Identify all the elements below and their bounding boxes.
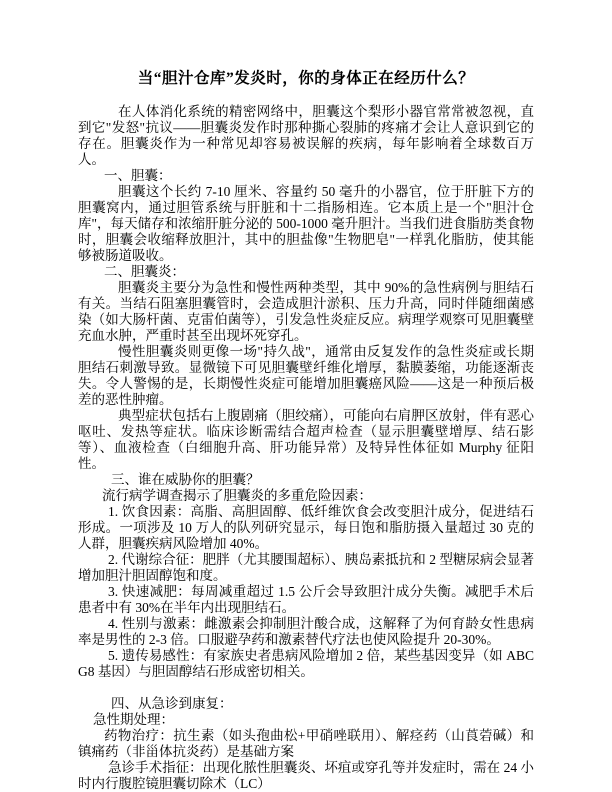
paragraph: 慢性胆囊炎则更像一场"持久战"，通常由反复发作的急性炎症或长期胆结石刺激导致。显… — [78, 344, 534, 408]
paragraph: 5. 遗传易感性：有家族史者患病风险增加 2 倍，某些基因变异（如 ABCG8 … — [78, 648, 534, 680]
paragraph: 1. 饮食因素：高脂、高胆固醇、低纤维饮食会改变胆汁成分，促进结石形成。一项涉及… — [78, 504, 534, 552]
paragraph: 一、胆囊： — [78, 168, 534, 184]
document-body: 在人体消化系统的精密网络中，胆囊这个梨形小器官常常被忽视，直到它"发怒"抗议——… — [78, 104, 534, 792]
blank-line — [78, 680, 534, 696]
document-title: 当“胆汁仓库”发炎时，你的身体正在经历什么？ — [78, 70, 534, 88]
paragraph: 胆囊这个长约 7-10 厘米、容量约 50 毫升的小器官，位于肝脏下方的胆囊窝内… — [78, 184, 534, 264]
paragraph: 流行病学调查揭示了胆囊炎的多重危险因素： — [78, 488, 534, 504]
paragraph: 4. 性别与激素：雌激素会抑制胆汁酸合成，这解释了为何育龄女性患病率是男性的 2… — [78, 616, 534, 648]
paragraph: 二、胆囊炎： — [78, 264, 534, 280]
paragraph: 在人体消化系统的精密网络中，胆囊这个梨形小器官常常被忽视，直到它"发怒"抗议——… — [78, 104, 534, 168]
paragraph: 胆囊炎主要分为急性和慢性两种类型，其中 90%的急性病例与胆结石有关。当结石阻塞… — [78, 280, 534, 344]
paragraph: 三、谁在威胁你的胆囊？ — [78, 472, 534, 488]
paragraph: 急性期处理： — [78, 712, 534, 728]
paragraph: 四、从急诊到康复： — [78, 696, 534, 712]
paragraph: 2. 代谢综合征：肥胖（尤其腰围超标）、胰岛素抵抗和 2 型糖尿病会显著增加胆汁… — [78, 552, 534, 584]
paragraph: 急诊手术指征：出现化脓性胆囊炎、坏疽或穿孔等并发症时，需在 24 小时内行腹腔镜… — [78, 760, 534, 792]
document-page: 当“胆汁仓库”发炎时，你的身体正在经历什么？ 在人体消化系统的精密网络中，胆囊这… — [0, 0, 612, 792]
paragraph: 典型症状包括右上腹剧痛（胆绞痛），可能向右肩胛区放射，伴有恶心呕吐、发热等症状。… — [78, 408, 534, 472]
paragraph: 3. 快速减肥：每周减重超过 1.5 公斤会导致胆汁成分失衡。减肥手术后患者中有… — [78, 584, 534, 616]
paragraph: 药物治疗：抗生素（如头孢曲松+甲硝唑联用）、解痉药（山莨菪碱）和镇痛药（非甾体抗… — [78, 728, 534, 760]
